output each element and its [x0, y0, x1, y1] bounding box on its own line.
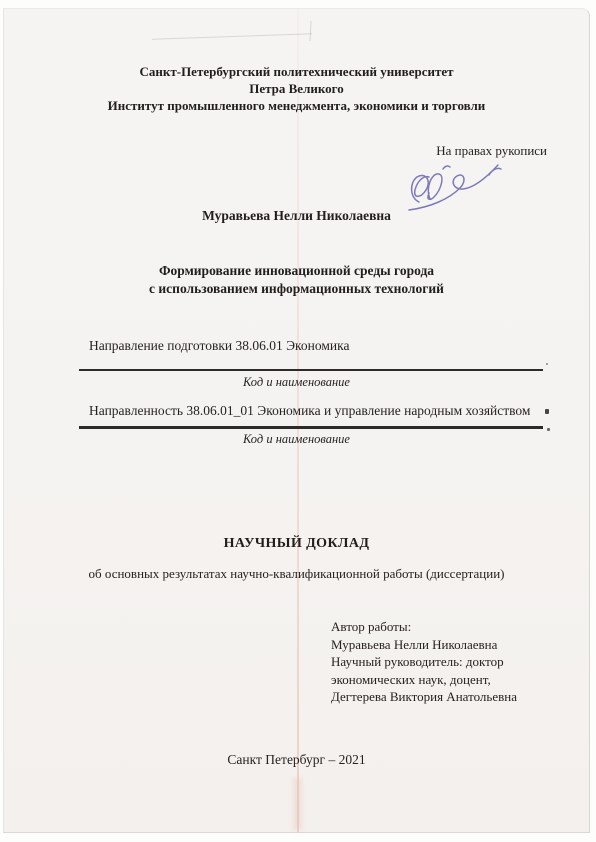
scanned-title-page: Санкт-Петербургский политехнический унив…: [3, 8, 590, 833]
pencil-tick: [309, 21, 311, 41]
specialization-caption: Код и наименование: [4, 432, 589, 447]
program-specialization-line: Направленность 38.06.01_01 Экономика и у…: [89, 403, 530, 419]
report-subtitle: об основных результатах научно-квалифика…: [4, 566, 589, 582]
credits-supervisor-line: Научный руководитель: доктор: [331, 653, 517, 671]
scan-fold-smudge: [293, 778, 302, 830]
handwritten-signature-icon: [403, 157, 505, 215]
scan-speck: [545, 409, 549, 414]
scan-speck: [547, 428, 550, 431]
pencil-mark: [152, 33, 312, 40]
credits-author-label: Автор работы:: [331, 618, 517, 636]
university-name-line: Санкт-Петербургский политехнический унив…: [4, 63, 589, 80]
credits-author-name: Муравьева Нелли Николаевна: [331, 636, 517, 654]
university-name-line: Петра Великого: [4, 80, 589, 97]
field-underline: [79, 369, 543, 371]
dissertation-title: Формирование инновационной среды города …: [4, 262, 589, 297]
credits-supervisor-line: экономических наук, доцент,: [331, 671, 517, 689]
field-caption: Код и наименование: [4, 375, 589, 390]
university-header: Санкт-Петербургский политехнический унив…: [4, 63, 589, 114]
dissertation-title-line: Формирование инновационной среды города: [4, 262, 589, 280]
scan-fold-line: [297, 9, 299, 832]
specialization-underline: [79, 426, 543, 429]
credits-block: Автор работы: Муравьева Нелли Николаевна…: [331, 618, 517, 706]
scan-speck: [546, 363, 548, 365]
program-field-line: Направление подготовки 38.06.01 Экономик…: [89, 338, 350, 354]
institute-name-line: Институт промышленного менеджмента, экон…: [4, 97, 589, 114]
dissertation-title-line: с использованием информационных технолог…: [4, 280, 589, 298]
credits-supervisor-name: Дегтерева Виктория Анатольевна: [331, 688, 517, 706]
city-year-footer: Санкт Петербург – 2021: [4, 752, 589, 768]
report-heading: НАУЧНЫЙ ДОКЛАД: [4, 536, 589, 552]
author-name: Муравьева Нелли Николаевна: [4, 208, 589, 224]
